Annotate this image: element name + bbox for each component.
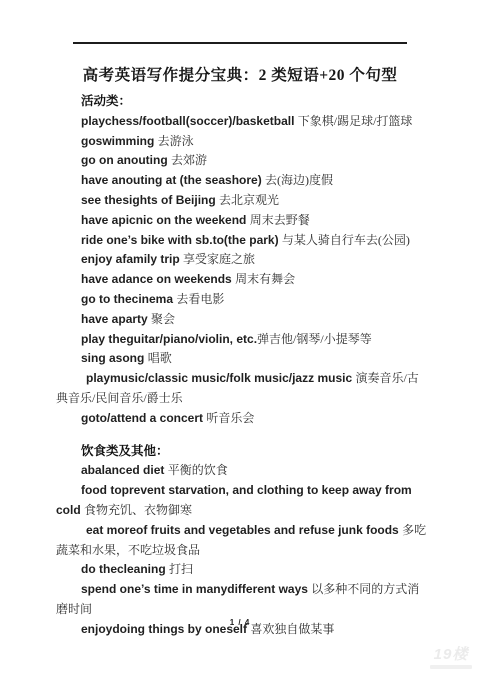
phrase-line: goswimming 去游泳 xyxy=(56,132,430,152)
phrase-line: enjoy afamily trip 享受家庭之旅 xyxy=(56,250,430,270)
phrase-line: have anouting at (the seashore) 去(海边)度假 xyxy=(56,171,430,191)
phrase-line: see thesights of Beijing 去北京观光 xyxy=(56,191,430,211)
phrase-line: have aparty 聚会 xyxy=(56,310,430,330)
phrase-english: playmusic/classic music/folk music/jazz … xyxy=(86,371,355,385)
phrase-english: go on anouting xyxy=(81,153,171,167)
phrase-chinese: 食物充饥、衣物御寒 xyxy=(84,503,192,517)
header-rule xyxy=(73,42,407,44)
phrase-chinese: 去北京观光 xyxy=(219,193,279,207)
phrase-chinese: 平衡的饮食 xyxy=(168,463,228,477)
phrase-english: abalanced diet xyxy=(81,463,168,477)
phrase-english: spend one’s time in manydifferent ways xyxy=(81,582,311,596)
phrase-chinese: 去游泳 xyxy=(158,134,194,148)
page-number: 1 / 4 xyxy=(0,618,480,627)
phrase-chinese: 去(海边)度假 xyxy=(265,173,333,187)
phrase-chinese: 享受家庭之旅 xyxy=(183,252,255,266)
phrase-chinese: 唱歌 xyxy=(148,351,172,365)
page-title: 高考英语写作提分宝典：2 类短语+20 个句型 xyxy=(0,63,480,85)
phrase-line: abalanced diet 平衡的饮食 xyxy=(56,461,430,481)
phrase-line: do thecleaning 打扫 xyxy=(56,560,430,580)
phrase-english: sing asong xyxy=(81,351,148,365)
watermark-logo: 19楼 xyxy=(430,643,472,669)
phrase-english: have adance on weekends xyxy=(81,272,235,286)
phrase-line: goto/attend a concert 听音乐会 xyxy=(56,409,430,429)
phrase-chinese: 与某人骑自行车去(公园) xyxy=(282,233,410,247)
phrase-line: food toprevent starvation, and clothing … xyxy=(56,481,430,521)
phrase-line: ride one’s bike with sb.to(the park) 与某人… xyxy=(56,231,430,251)
phrase-chinese: 下象棋/踢足球/打篮球 xyxy=(298,114,413,128)
phrase-chinese: 周末去野餐 xyxy=(250,213,310,227)
section: 饮食类及其他：abalanced diet 平衡的饮食food topreven… xyxy=(56,442,430,640)
phrase-chinese: 聚会 xyxy=(151,312,175,326)
phrase-english: have anouting at (the seashore) xyxy=(81,173,265,187)
phrase-english: have aparty xyxy=(81,312,151,326)
phrase-english: have apicnic on the weekend xyxy=(81,213,250,227)
phrase-line: playchess/football(soccer)/basketball 下象… xyxy=(56,112,430,132)
section-heading: 活动类： xyxy=(56,92,430,112)
section-heading: 饮食类及其他： xyxy=(56,442,430,462)
watermark-bar xyxy=(430,665,472,669)
section: 活动类：playchess/football(soccer)/basketbal… xyxy=(56,92,430,429)
phrase-chinese: 听音乐会 xyxy=(206,411,254,425)
phrase-chinese: 周末有舞会 xyxy=(235,272,295,286)
phrase-line: spend one’s time in manydifferent ways 以… xyxy=(56,580,430,620)
phrase-english: goswimming xyxy=(81,134,158,148)
phrase-english: enjoy afamily trip xyxy=(81,252,183,266)
phrase-english: do thecleaning xyxy=(81,562,169,576)
phrase-line: sing asong 唱歌 xyxy=(56,349,430,369)
phrase-chinese: 去郊游 xyxy=(171,153,207,167)
phrase-chinese: 打扫 xyxy=(169,562,193,576)
phrase-line: eat moreof fruits and vegetables and ref… xyxy=(56,521,430,561)
phrase-english: go to thecinema xyxy=(81,292,176,306)
phrase-english: playchess/football(soccer)/basketball xyxy=(81,114,298,128)
phrase-line: play theguitar/piano/violin, etc.弹吉他/钢琴/… xyxy=(56,330,430,350)
document-body: 活动类：playchess/football(soccer)/basketbal… xyxy=(56,92,430,640)
phrase-chinese: 弹吉他/钢琴/小提琴等 xyxy=(257,332,372,346)
phrase-line: go to thecinema 去看电影 xyxy=(56,290,430,310)
phrase-line: go on anouting 去郊游 xyxy=(56,151,430,171)
phrase-english: play theguitar/piano/violin, etc. xyxy=(81,332,257,346)
phrase-english: ride one’s bike with sb.to(the park) xyxy=(81,233,282,247)
phrase-line: have apicnic on the weekend 周末去野餐 xyxy=(56,211,430,231)
phrase-english: goto/attend a concert xyxy=(81,411,206,425)
phrase-line: playmusic/classic music/folk music/jazz … xyxy=(56,369,430,409)
phrase-chinese: 去看电影 xyxy=(176,292,224,306)
phrase-line: have adance on weekends 周末有舞会 xyxy=(56,270,430,290)
document-page: 高考英语写作提分宝典：2 类短语+20 个句型 活动类：playchess/fo… xyxy=(0,0,480,679)
watermark-text: 19楼 xyxy=(430,643,472,664)
phrase-english: see thesights of Beijing xyxy=(81,193,219,207)
phrase-english: eat moreof fruits and vegetables and ref… xyxy=(86,523,402,537)
